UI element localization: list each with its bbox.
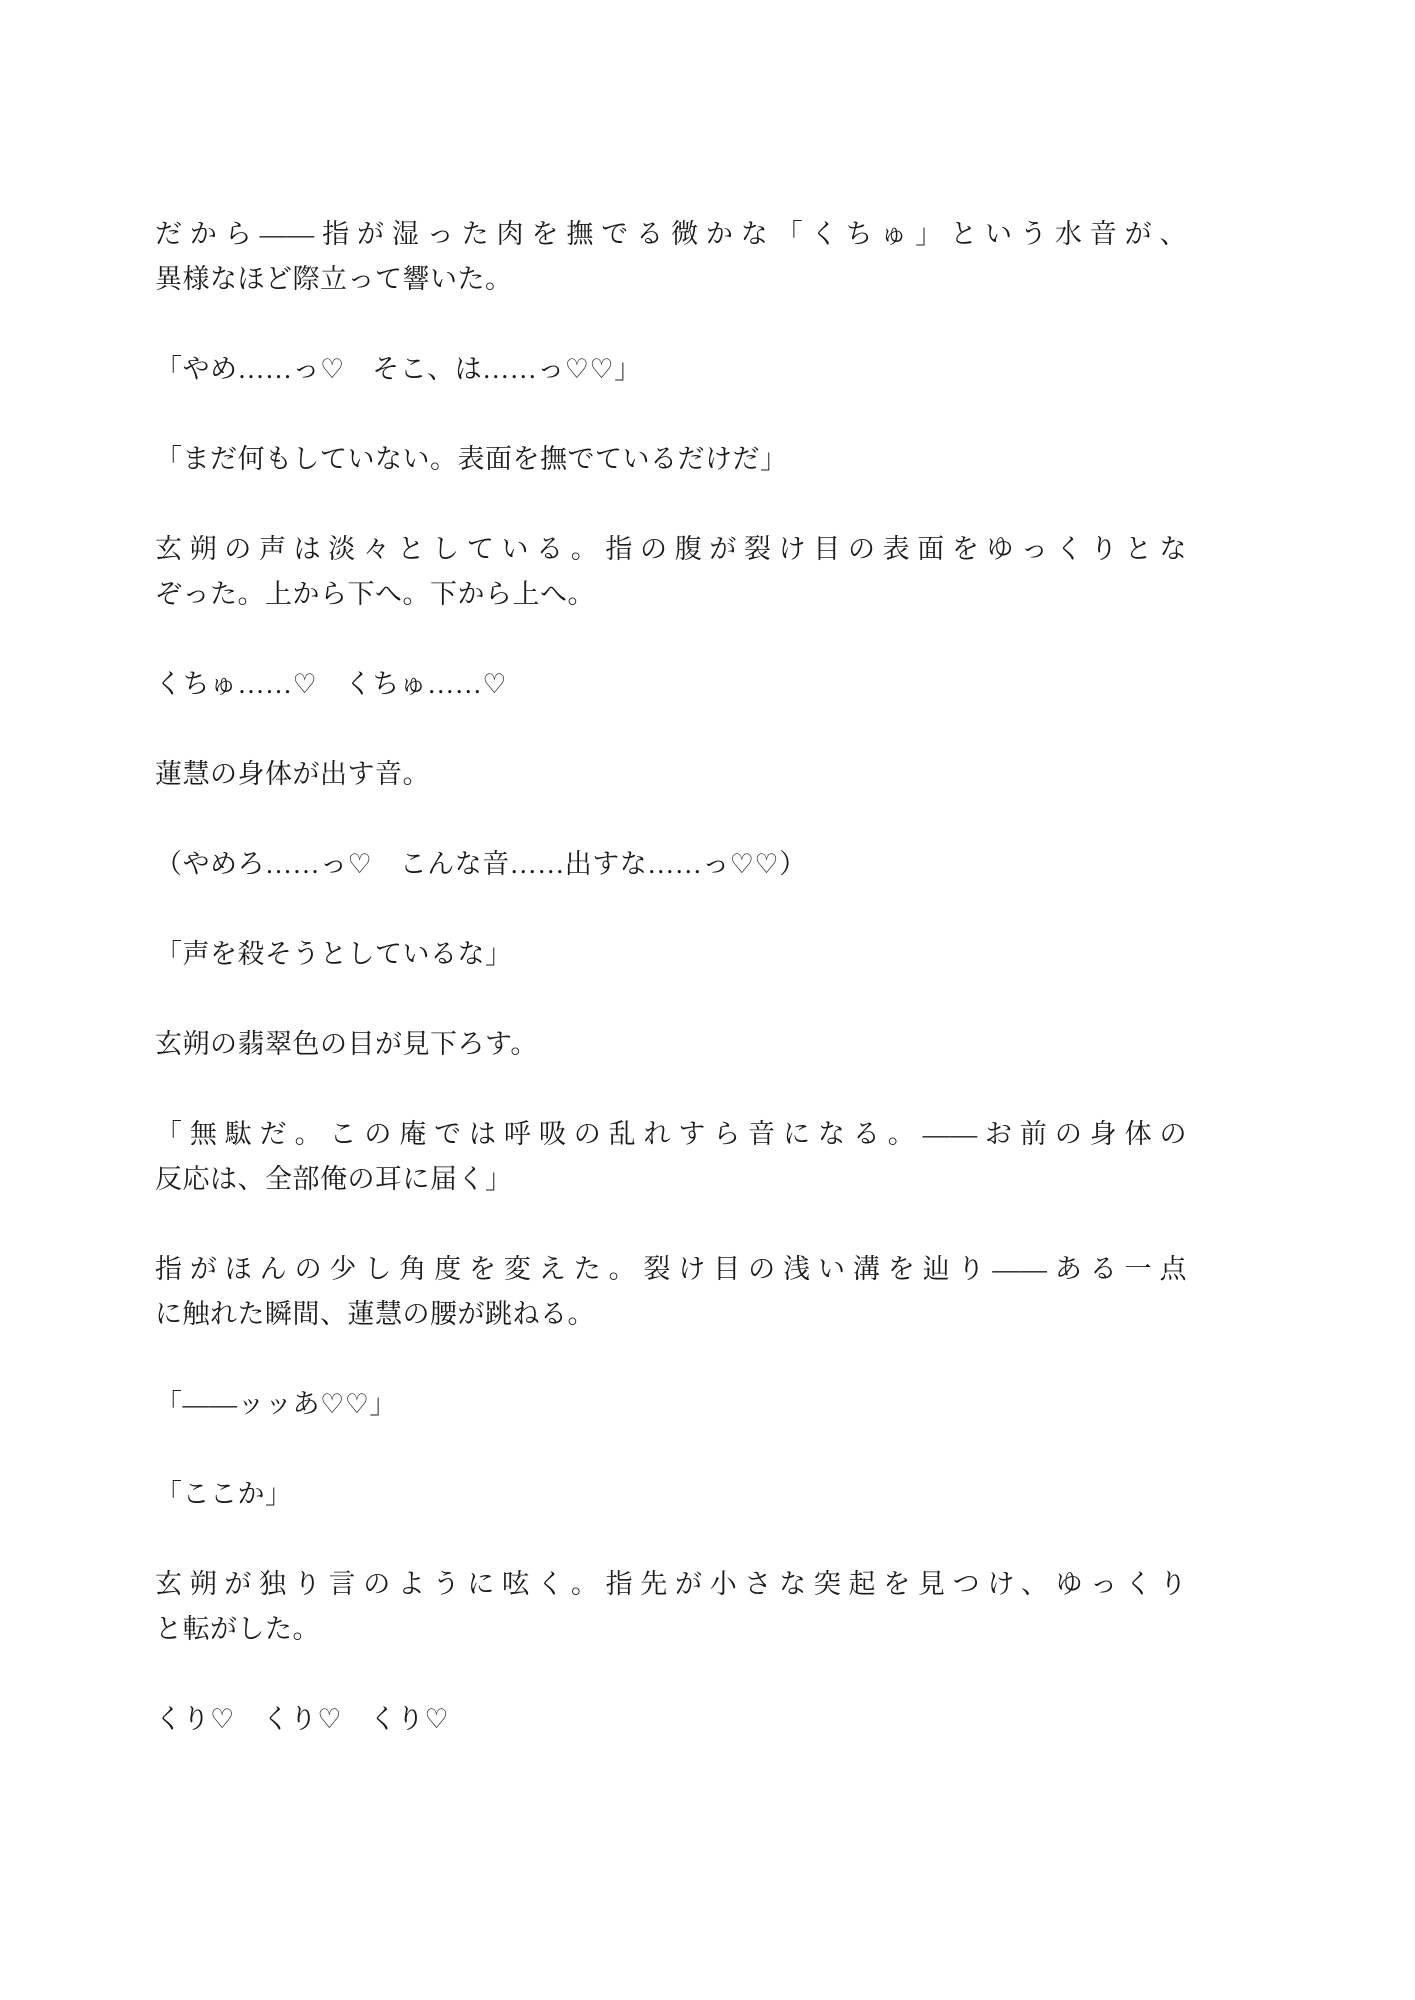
text-line: 蓮慧の身体が出す音。 bbox=[155, 752, 1187, 797]
paragraph: 「声を殺そうとしているな」 bbox=[155, 932, 1187, 977]
text-line: だから――指が湿った肉を撫でる微かな「くちゅ」という水音が、 bbox=[155, 212, 1187, 257]
paragraph: 玄朔の翡翠色の目が見下ろす。 bbox=[155, 1022, 1187, 1067]
text-line: 玄朔の声は淡々としている。指の腹が裂け目の表面をゆっくりとな bbox=[155, 527, 1187, 572]
paragraph: 「まだ何もしていない。表面を撫でているだけだ」 bbox=[155, 437, 1187, 482]
paragraph: 「ここか」 bbox=[155, 1472, 1187, 1517]
paragraph: 「やめ……っ♡ そこ、は……っ♡♡」 bbox=[155, 347, 1187, 392]
paragraph: くり♡ くり♡ くり♡ bbox=[155, 1697, 1187, 1742]
paragraph: 蓮慧の身体が出す音。 bbox=[155, 752, 1187, 797]
paragraph: 指がほんの少し角度を変えた。裂け目の浅い溝を辿り――ある一点に触れた瞬間、蓮慧の… bbox=[155, 1247, 1187, 1337]
text-line: 玄朔の翡翠色の目が見下ろす。 bbox=[155, 1022, 1187, 1067]
text-line: 「無駄だ。この庵では呼吸の乱れすら音になる。――お前の身体の bbox=[155, 1112, 1187, 1157]
paragraph: （やめろ……っ♡ こんな音……出すな……っ♡♡） bbox=[155, 842, 1187, 887]
text-line: くり♡ くり♡ くり♡ bbox=[155, 1697, 1187, 1742]
text-line: 「やめ……っ♡ そこ、は……っ♡♡」 bbox=[155, 347, 1187, 392]
text-line: ぞった。上から下へ。下から上へ。 bbox=[155, 572, 1187, 617]
document-body: だから――指が湿った肉を撫でる微かな「くちゅ」という水音が、異様なほど際立って響… bbox=[155, 212, 1187, 1787]
text-line: （やめろ……っ♡ こんな音……出すな……っ♡♡） bbox=[155, 842, 1187, 887]
text-line: 指がほんの少し角度を変えた。裂け目の浅い溝を辿り――ある一点 bbox=[155, 1247, 1187, 1292]
text-line: 異様なほど際立って響いた。 bbox=[155, 257, 1187, 302]
text-line: に触れた瞬間、蓮慧の腰が跳ねる。 bbox=[155, 1292, 1187, 1337]
paragraph: 「――ッッあ♡♡」 bbox=[155, 1382, 1187, 1427]
text-line: と転がした。 bbox=[155, 1607, 1187, 1652]
paragraph: くちゅ……♡ くちゅ……♡ bbox=[155, 662, 1187, 707]
text-line: 「声を殺そうとしているな」 bbox=[155, 932, 1187, 977]
text-line: 「――ッッあ♡♡」 bbox=[155, 1382, 1187, 1427]
text-line: くちゅ……♡ くちゅ……♡ bbox=[155, 662, 1187, 707]
page: { "page": { "background_color": "#ffffff… bbox=[0, 0, 1415, 2000]
paragraph: 玄朔の声は淡々としている。指の腹が裂け目の表面をゆっくりとなぞった。上から下へ。… bbox=[155, 527, 1187, 617]
paragraph: 「無駄だ。この庵では呼吸の乱れすら音になる。――お前の身体の反応は、全部俺の耳に… bbox=[155, 1112, 1187, 1202]
text-line: 「まだ何もしていない。表面を撫でているだけだ」 bbox=[155, 437, 1187, 482]
paragraph: 玄朔が独り言のように呟く。指先が小さな突起を見つけ、ゆっくりと転がした。 bbox=[155, 1562, 1187, 1652]
text-line: 玄朔が独り言のように呟く。指先が小さな突起を見つけ、ゆっくり bbox=[155, 1562, 1187, 1607]
text-line: 「ここか」 bbox=[155, 1472, 1187, 1517]
paragraph: だから――指が湿った肉を撫でる微かな「くちゅ」という水音が、異様なほど際立って響… bbox=[155, 212, 1187, 302]
text-line: 反応は、全部俺の耳に届く」 bbox=[155, 1157, 1187, 1202]
